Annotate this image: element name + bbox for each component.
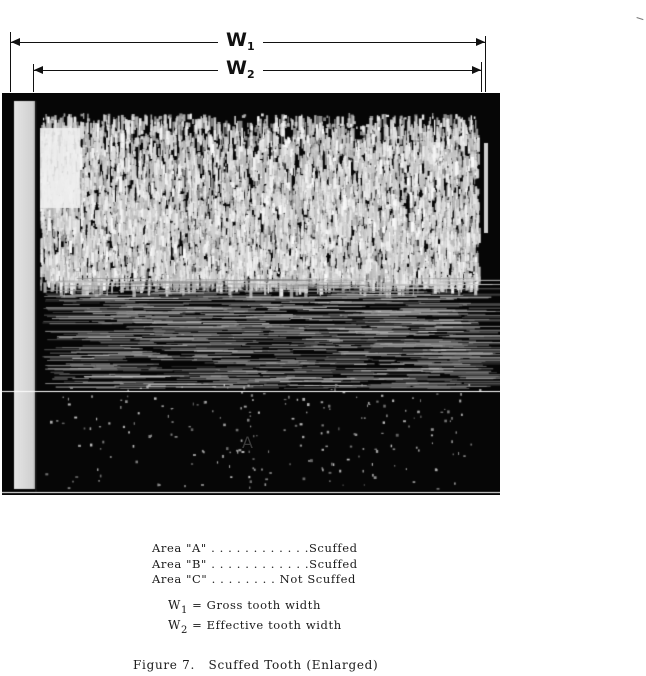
definition-w2: W2 = Effective tooth width bbox=[168, 618, 342, 638]
w1-label: W1 bbox=[218, 29, 263, 53]
w2-right-arrow-icon bbox=[472, 66, 481, 74]
w1-left-arrow-icon bbox=[11, 38, 20, 46]
legend-row-b: Area "B" . . . . . . . . . . . .Scuffed bbox=[152, 557, 358, 573]
width-definitions: W1 = Gross tooth width W2 = Effective to… bbox=[168, 598, 342, 638]
legend-row-a: Area "A" . . . . . . . . . . . .Scuffed bbox=[152, 541, 358, 557]
definition-w1: W1 = Gross tooth width bbox=[168, 598, 342, 618]
w1-right-arrow-icon bbox=[476, 38, 485, 46]
w2-right-extension bbox=[481, 62, 482, 92]
figure-caption: Figure 7. Scuffed Tooth (Enlarged) bbox=[133, 658, 378, 672]
area-a-mark: A bbox=[242, 433, 253, 452]
scuffed-tooth-photo: A bbox=[2, 93, 500, 495]
scan-mark bbox=[636, 17, 644, 23]
w2-left-arrow-icon bbox=[34, 66, 43, 74]
w1-right-extension bbox=[485, 36, 486, 92]
area-legend: Area "A" . . . . . . . . . . . .Scuffed … bbox=[152, 541, 358, 588]
w2-label: W2 bbox=[218, 57, 263, 81]
legend-row-c: Area "C" . . . . . . . . Not Scuffed bbox=[152, 572, 358, 588]
